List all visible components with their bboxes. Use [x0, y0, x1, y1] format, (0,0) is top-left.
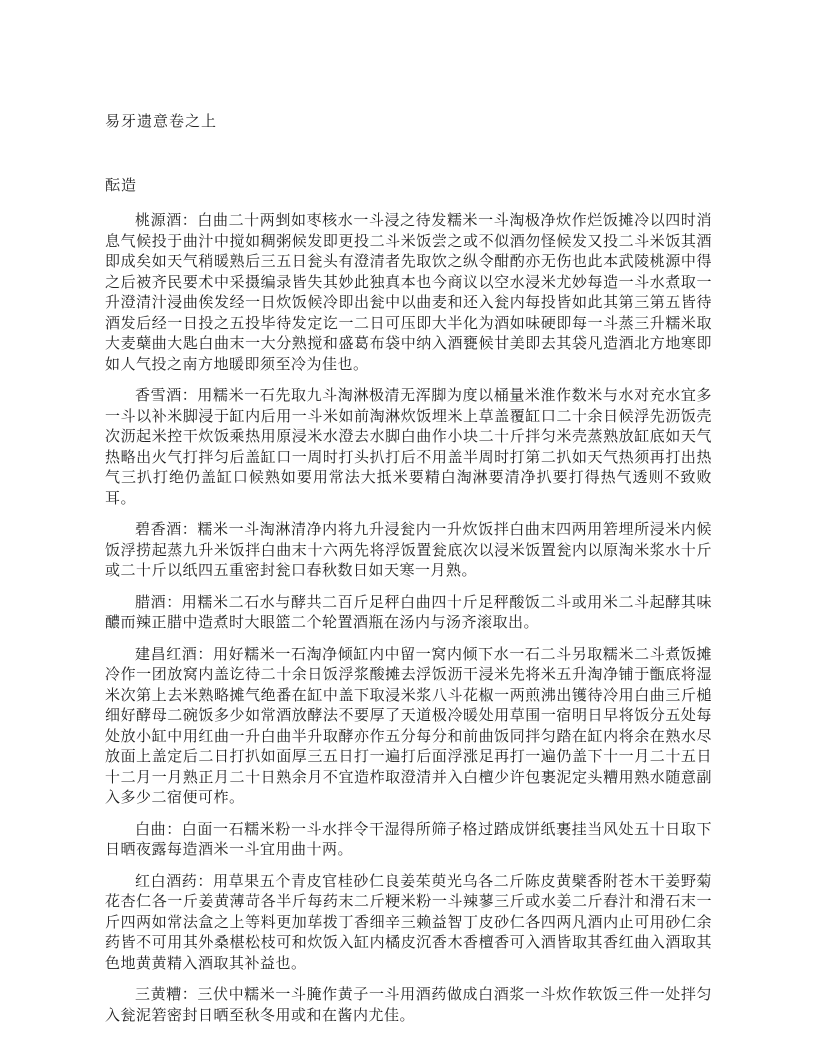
- paragraph-taoyuan-jiu: 桃源酒：白曲二十两剉如枣核水一斗浸之待发糯米一斗淘极净炊作烂饭摊冷以四时消息气候…: [105, 211, 712, 375]
- paragraph-la-jiu: 腊酒：用糯米二石水与酵共二百斤足秤白曲四十斤足秤酸饭二斗或用米二斗起酵其味醲而辣…: [105, 593, 712, 634]
- document-title: 易牙遗意卷之上: [105, 112, 712, 133]
- paragraph-hongbai-jiuyao: 红白酒药：用草果五个青皮官桂砂仁良姜茱萸光乌各二斤陈皮黄檗香附苍木干姜野菊花杏仁…: [105, 872, 712, 975]
- document-page: 易牙遗意卷之上 酝造 桃源酒：白曲二十两剉如枣核水一斗浸之待发糯米一斗淘极净炊作…: [0, 0, 816, 1056]
- section-heading: 酝造: [105, 176, 712, 197]
- paragraph-jianchang-hongjiu: 建昌红酒：用好糯米一石淘净倾缸内中留一窝内倾下水一石二斗另取糯米二斗煮饭摊冷作一…: [105, 645, 712, 809]
- paragraph-bai-qu: 白曲：白面一石糯米粉一斗水拌令干湿得所筛子格过踏成饼纸裹挂当风处五十日取下日晒夜…: [105, 820, 712, 861]
- paragraph-xiangxue-jiu: 香雪酒：用糯米一石先取九斗淘淋极清无浑脚为度以桶量米淮作数米与水对充水宜多一斗以…: [105, 386, 712, 509]
- paragraph-bixiang-jiu: 碧香酒：糯米一斗淘淋清净内将九升浸瓮内一升炊饭拌白曲末四两用箬埋所浸米内候饭浮捞…: [105, 520, 712, 582]
- paragraph-sanhuang-zao: 三黄糟：三伏中糯米一斗腌作黄子一斗用酒药做成白酒浆一斗炊作软饭三件一处拌匀入瓮泥…: [105, 985, 712, 1026]
